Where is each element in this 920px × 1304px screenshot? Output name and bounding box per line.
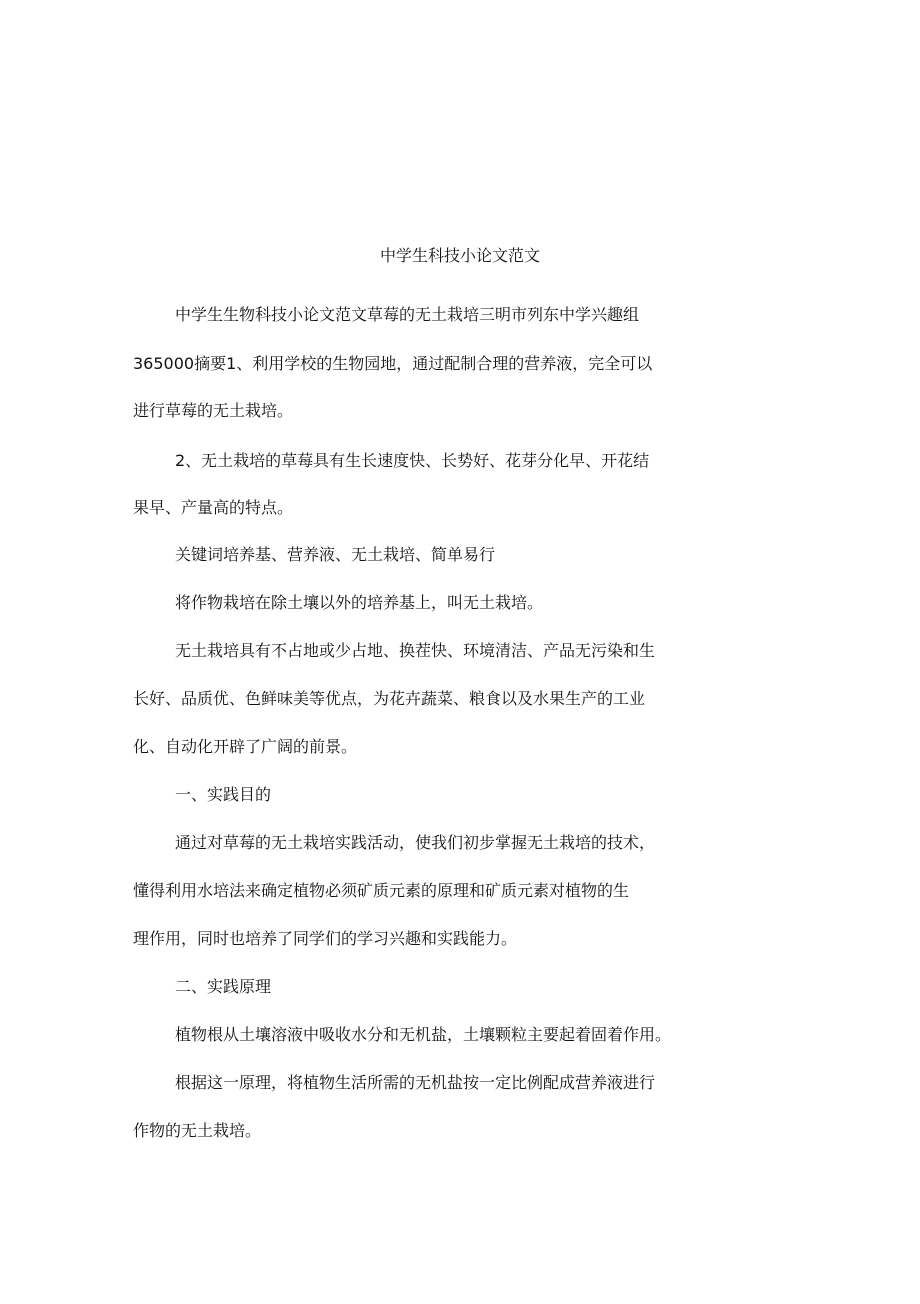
body-line: 作物的无土栽培。 bbox=[133, 1121, 261, 1141]
body-line: 懂得利用水培法来确定植物必须矿质元素的原理和矿质元素对植物的生 bbox=[133, 881, 629, 901]
section-heading: 二、实践原理 bbox=[175, 977, 271, 997]
body-line: 根据这一原理，将植物生活所需的无机盐按一定比例配成营养液进行 bbox=[175, 1073, 655, 1093]
body-line: 理作用，同时也培养了同学们的学习兴趣和实践能力。 bbox=[133, 929, 517, 949]
body-line: 将作物栽培在除土壤以外的培养基上，叫无土栽培。 bbox=[175, 593, 543, 613]
body-line: 365000摘要1、利用学校的生物园地，通过配制合理的营养液，完全可以 bbox=[133, 354, 652, 374]
body-line: 长好、品质优、色鲜味美等优点，为花卉蔬菜、粮食以及水果生产的工业 bbox=[133, 689, 645, 709]
body-line: 无土栽培具有不占地或少占地、换茬快、环境清洁、产品无污染和生 bbox=[175, 641, 655, 661]
body-line: 植物根从土壤溶液中吸收水分和无机盐，土壤颗粒主要起着固着作用。 bbox=[175, 1025, 671, 1045]
keywords-line: 关键词培养基、营养液、无土栽培、简单易行 bbox=[175, 545, 495, 565]
body-line: 进行草莓的无土栽培。 bbox=[133, 401, 293, 421]
document-page: 中学生科技小论文范文 中学生生物科技小论文范文草莓的无土栽培三明市列东中学兴趣组… bbox=[0, 0, 920, 1304]
body-line: 中学生生物科技小论文范文草莓的无土栽培三明市列东中学兴趣组 bbox=[175, 305, 639, 325]
body-line: 2、无土栽培的草莓具有生长速度快、长势好、花芽分化早、开花结 bbox=[175, 451, 649, 471]
body-line: 通过对草莓的无土栽培实践活动，使我们初步掌握无土栽培的技术， bbox=[175, 833, 655, 853]
document-title: 中学生科技小论文范文 bbox=[0, 246, 920, 266]
body-line: 化、自动化开辟了广阔的前景。 bbox=[133, 737, 357, 757]
section-heading: 一、实践目的 bbox=[175, 785, 271, 805]
body-line: 果早、产量高的特点。 bbox=[133, 498, 293, 518]
